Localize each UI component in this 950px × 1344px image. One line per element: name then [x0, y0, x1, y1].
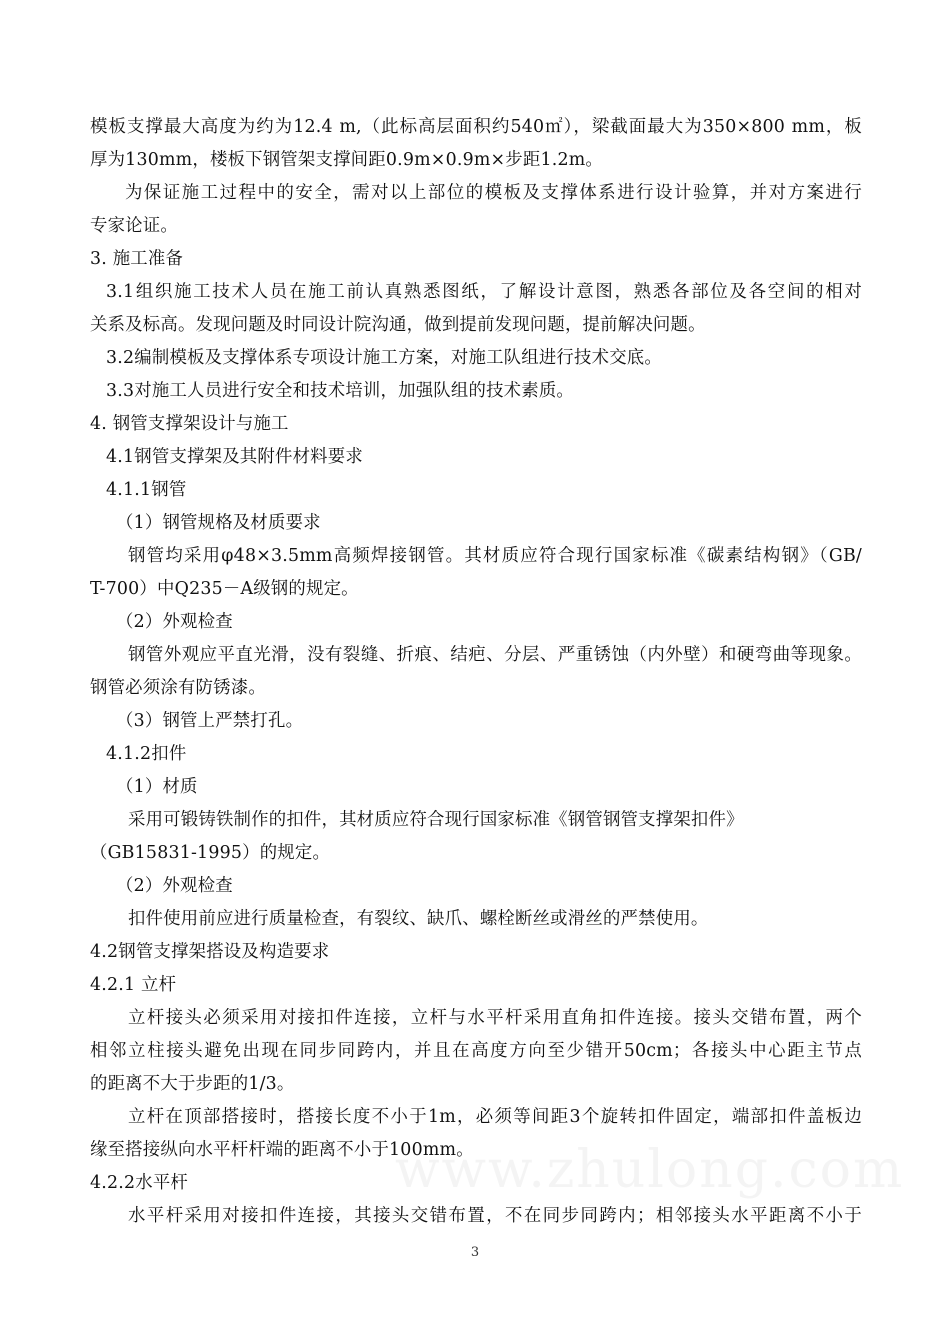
paragraph-line-upright-lap-cont: 缘至搭接纵向水平杆杆端的距离不小于100mm。: [90, 1134, 862, 1167]
list-item-no-drilling: （3）钢管上严禁打孔。: [90, 705, 862, 738]
section-heading-3: 3. 施工准备: [90, 243, 862, 276]
paragraph-line-3-1-cont: 关系及标高。发现问题及时同设计院沟通，做到提前发现问题，提前解决问题。: [90, 309, 862, 342]
paragraph-line-upright-joints: 立杆接头必须采用对接扣件连接，立杆与水平杆采用直角扣件连接。接头交错布置，两个: [90, 1002, 862, 1035]
subsection-heading-3-3: 3.3对施工人员进行安全和技术培训，加强队组的技术素质。: [90, 375, 862, 408]
paragraph-line-upright-joints-end: 的距离不大于步距的1/3。: [90, 1068, 862, 1101]
paragraph-line-pipe-appearance: 钢管外观应平直光滑，没有裂缝、折痕、结疤、分层、严重锈蚀（内外壁）和硬弯曲等现象…: [90, 639, 862, 672]
document-body: 模板支撑最大高度为约为12.4 m,（此标高层面积约540㎡），梁截面最大为35…: [90, 111, 862, 1233]
paragraph-line-coupler-standard: （GB15831-1995）的规定。: [90, 837, 862, 870]
paragraph-line-coupler-material: 采用可锻铸铁制作的扣件，其材质应符合现行国家标准《钢管钢管支撑架扣件》: [90, 804, 862, 837]
subsection-heading-3-1: 3.1组织施工技术人员在施工前认真熟悉图纸，了解设计意图，熟悉各部位及各空间的相…: [90, 276, 862, 309]
section-heading-4: 4. 钢管支撑架设计与施工: [90, 408, 862, 441]
list-item-coupler-appearance: （2）外观检查: [90, 870, 862, 903]
document-page: www.zhulong.com 模板支撑最大高度为约为12.4 m,（此标高层面…: [0, 0, 950, 1344]
paragraph-line-pipe-spec-cont: T-700）中Q235－A级钢的规定。: [90, 573, 862, 606]
list-item-appearance-check: （2）外观检查: [90, 606, 862, 639]
paragraph-line-pipe-spec: 钢管均采用φ48×3.5mm高频焊接钢管。其材质应符合现行国家标准《碳素结构钢》…: [90, 540, 862, 573]
paragraph-line-coupler-inspection: 扣件使用前应进行质量检查，有裂纹、缺爪、螺栓断丝或滑丝的严禁使用。: [90, 903, 862, 936]
subsection-heading-4-2-2: 4.2.2水平杆: [90, 1167, 862, 1200]
subsection-heading-4-2: 4.2钢管支撑架搭设及构造要求: [90, 936, 862, 969]
list-item-coupler-material: （1）材质: [90, 771, 862, 804]
subsection-heading-4-1-2: 4.1.2扣件: [90, 738, 862, 771]
list-item-spec-material: （1）钢管规格及材质要求: [90, 507, 862, 540]
subsection-heading-4-1: 4.1钢管支撑架及其附件材料要求: [90, 441, 862, 474]
paragraph-line-slab-thickness: 厚为130mm，楼板下钢管架支撑间距0.9m×0.9m×步距1.2m。: [90, 144, 862, 177]
subsection-heading-4-2-1: 4.2.1 立杆: [90, 969, 862, 1002]
paragraph-line-upright-lap: 立杆在顶部搭接时，搭接长度不小于1m，必须等间距3个旋转扣件固定，端部扣件盖板边: [90, 1101, 862, 1134]
paragraph-line-upright-joints-cont: 相邻立柱接头避免出现在同步同跨内，并且在高度方向至少错开50cm；各接头中心距主…: [90, 1035, 862, 1068]
paragraph-line-horizontal-bar: 水平杆采用对接扣件连接，其接头交错布置，不在同步同跨内；相邻接头水平距离不小于: [90, 1200, 862, 1233]
subsection-heading-4-1-1: 4.1.1钢管: [90, 474, 862, 507]
paragraph-line-support-height: 模板支撑最大高度为约为12.4 m,（此标高层面积约540㎡），梁截面最大为35…: [90, 111, 862, 144]
paragraph-line-safety: 为保证施工过程中的安全，需对以上部位的模板及支撑体系进行设计验算，并对方案进行: [90, 177, 862, 210]
subsection-heading-3-2: 3.2编制模板及支撑体系专项设计施工方案，对施工队组进行技术交底。: [90, 342, 862, 375]
paragraph-line-expert-review: 专家论证。: [90, 210, 862, 243]
paragraph-line-rust-paint: 钢管必须涂有防锈漆。: [90, 672, 862, 705]
page-number: 3: [0, 1245, 950, 1260]
